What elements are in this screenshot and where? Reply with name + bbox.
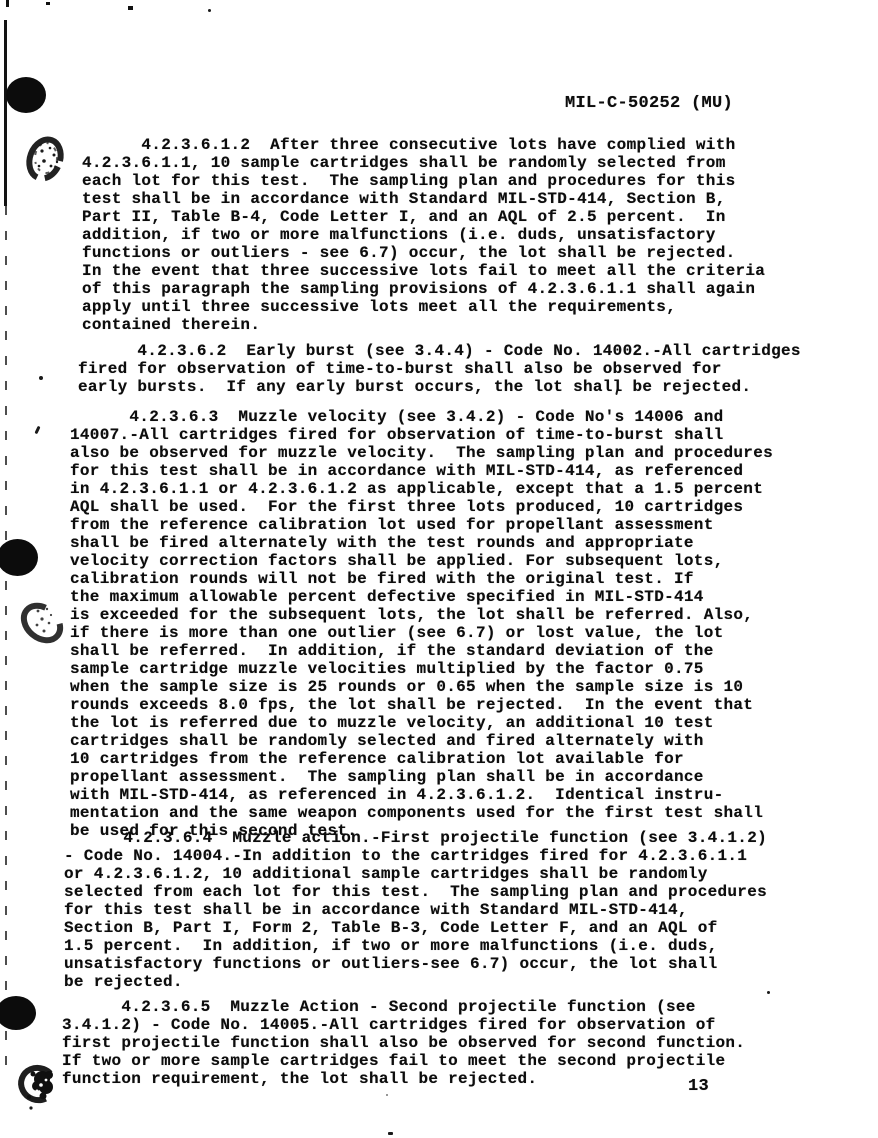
ink-speck [208, 9, 211, 12]
circular-stamp-icon [20, 595, 64, 656]
ink-speck [34, 426, 40, 435]
paragraph-4-2-3-6-5: 4.2.3.6.5 Muzzle Action - Second project… [62, 998, 745, 1088]
binding-edge-line-dashed [5, 206, 7, 1066]
ink-speck [386, 1094, 388, 1096]
paragraph-4-2-3-6-3: 4.2.3.6.3 Muzzle velocity (see 3.4.2) - … [70, 408, 773, 840]
registration-tick-icon [128, 6, 133, 10]
circular-stamp-icon [24, 133, 68, 192]
registration-tick-icon [6, 0, 9, 7]
ink-speck [39, 376, 43, 380]
ink-speck [767, 991, 770, 994]
paragraph-4-2-3-6-2: 4.2.3.6.2 Early burst (see 3.4.4) - Code… [78, 342, 801, 396]
paragraph-4-2-3-6-4: 4.2.3.6.4 Muzzle action.-First projectil… [64, 829, 767, 991]
scanned-document-page: MIL-C-50252 (MU) 4.2.3.6.1.2 After three… [0, 0, 878, 1138]
ink-stamp-blob-icon [15, 1061, 63, 1118]
punch-hole-icon [6, 77, 46, 113]
binding-edge-line [4, 20, 7, 206]
document-id-header: MIL-C-50252 (MU) [565, 96, 733, 112]
page-number: 13 [688, 1079, 709, 1095]
punch-hole-icon [0, 996, 36, 1030]
ink-speck [388, 1132, 393, 1135]
registration-tick-icon [46, 2, 50, 5]
punch-hole-icon [0, 539, 38, 576]
paragraph-4-2-3-6-1-2: 4.2.3.6.1.2 After three consecutive lots… [82, 136, 765, 334]
